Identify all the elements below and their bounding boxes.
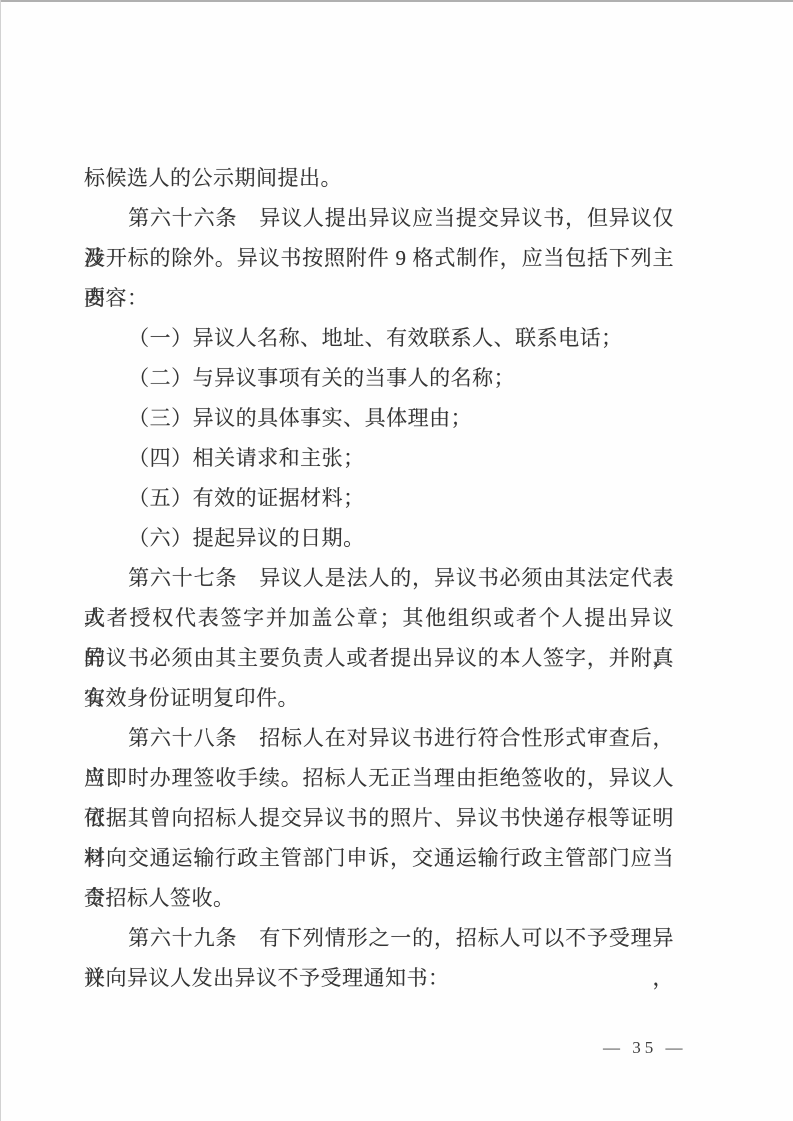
document-body: 标候选人的公示期间提出。 第六十六条 异议人提出异议应当提交异议书，但异议仅涉 … [84,158,674,998]
text-line: 令招标人签收。 [84,878,674,918]
text-line: 依据其曾向招标人提交异议书的照片、异议书快递存根等证明材 [84,798,674,838]
article-66-heading-line: 第六十六条 异议人提出异议应当提交异议书，但异议仅涉 [84,198,674,238]
list-item-4: （四）相关请求和主张； [84,438,674,478]
article-67-heading-line: 第六十七条 异议人是法人的，异议书必须由其法定代表人 [84,558,674,598]
text-line: 内容： [84,278,674,318]
list-item-6: （六）提起异议的日期。 [84,518,674,558]
scanned-document-page: 标候选人的公示期间提出。 第六十六条 异议人提出异议应当提交异议书，但异议仅涉 … [0,0,793,1121]
scan-edge-artifact-left [0,0,1,1121]
list-item-5: （五）有效的证据材料； [84,478,674,518]
list-item-1: （一）异议人名称、地址、有效联系人、联系电话； [84,318,674,358]
text-line: 或者授权代表签字并加盖公章；其他组织或者个人提出异议的， [84,598,674,638]
text-line: 有效身份证明复印件。 [84,678,674,718]
text-line: 料向交通运输行政主管部门申诉，交通运输行政主管部门应当责 [84,838,674,878]
text-line: 异议书必须由其主要负责人或者提出异议的本人签字，并附真实 [84,638,674,678]
scan-edge-artifact-top [0,0,793,2]
page-number: — 35 — [603,1036,687,1060]
text-line: 当即时办理签收手续。招标人无正当理由拒绝签收的，异议人可 [84,758,674,798]
text-line: 及开标的除外。异议书按照附件 9 格式制作，应当包括下列主要 [84,238,674,278]
text-line: 标候选人的公示期间提出。 [84,158,674,198]
article-68-heading-line: 第六十八条 招标人在对异议书进行符合性形式审查后，应 [84,718,674,758]
list-item-2: （二）与异议事项有关的当事人的名称； [84,358,674,398]
list-item-3: （三）异议的具体事实、具体理由； [84,398,674,438]
article-69-heading-line: 第六十九条 有下列情形之一的，招标人可以不予受理异议， [84,918,674,958]
